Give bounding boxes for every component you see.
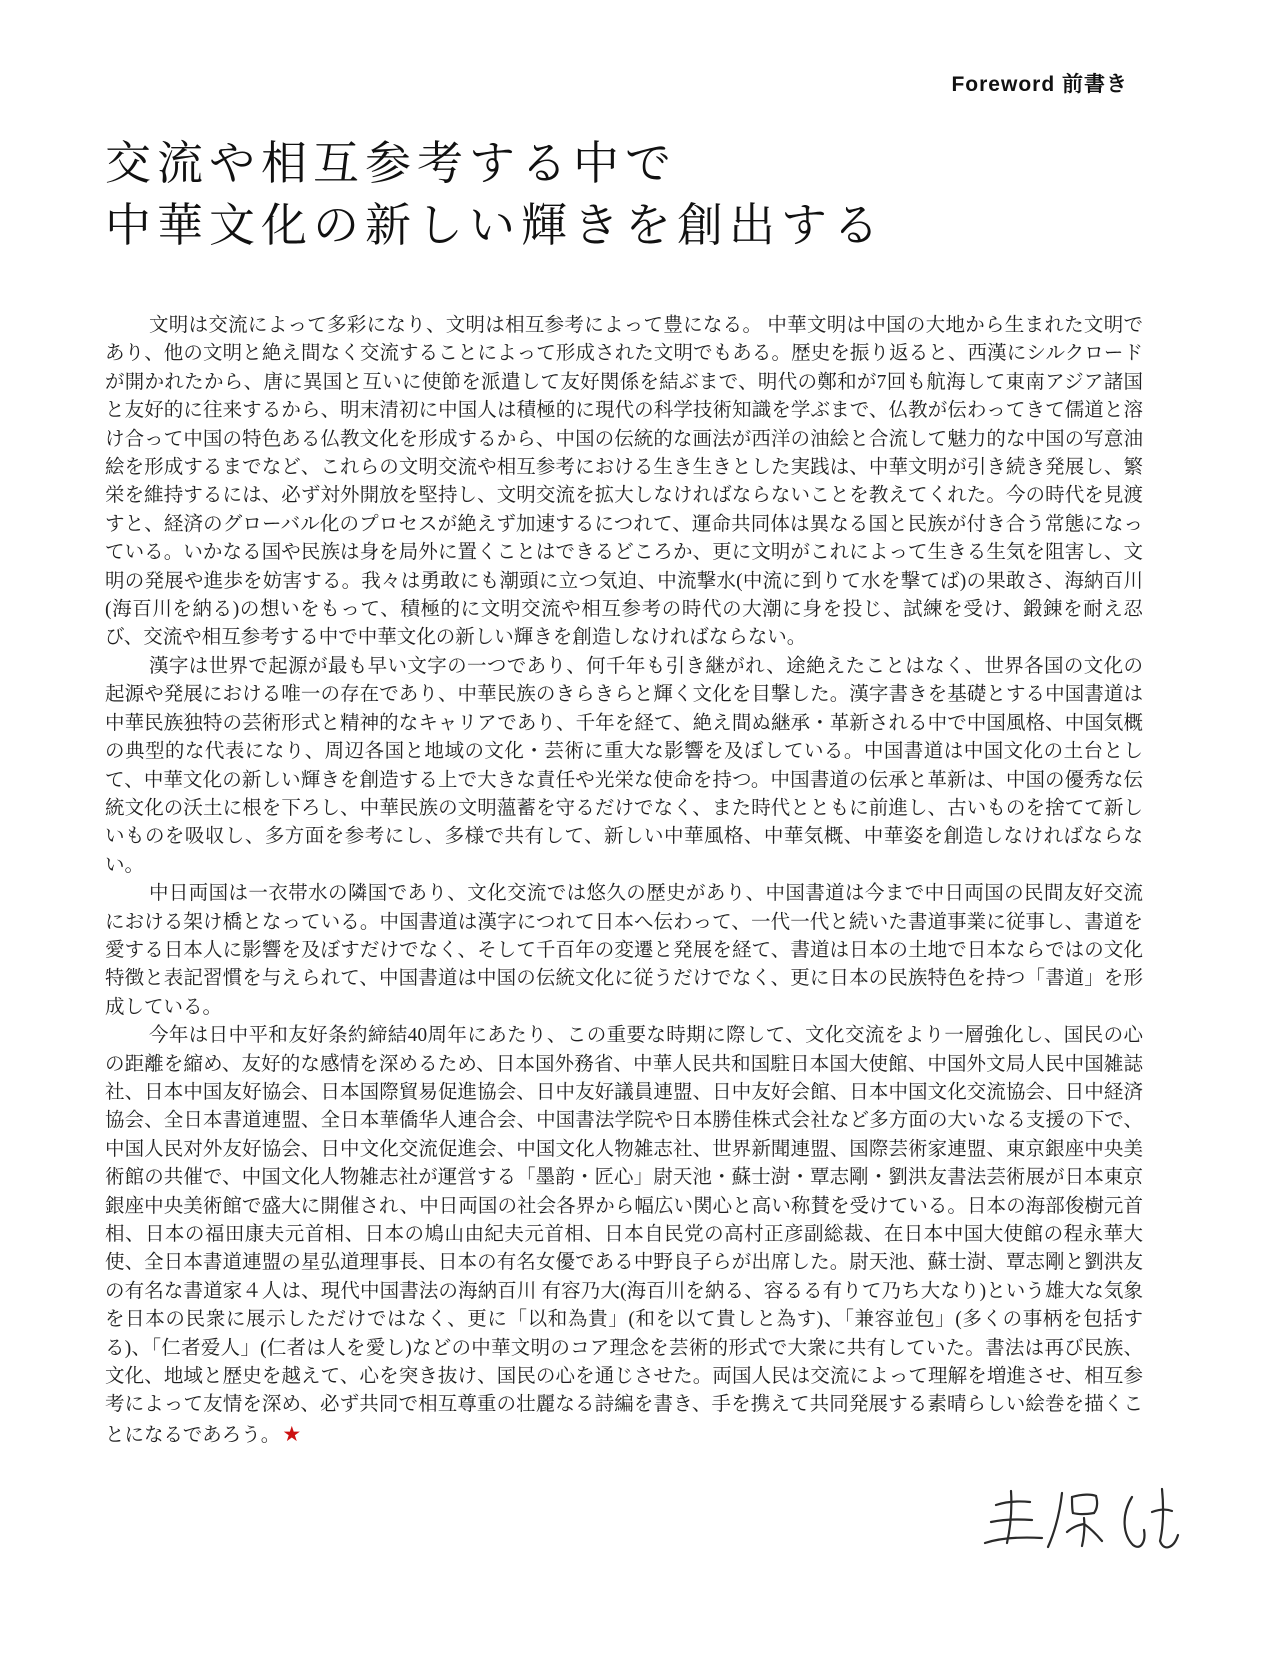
end-star-icon: ★ [280, 1422, 301, 1446]
foreword-body: 文明は交流によって多彩になり、文明は相互参考によって豊になる。 中華文明は中国の… [105, 312, 1143, 1450]
page-title-line-1: 交流や相互参考する中で [105, 133, 885, 195]
paragraph-1: 文明は交流によって多彩になり、文明は相互参考によって豊になる。 中華文明は中国の… [105, 312, 1143, 653]
paragraph-2-text: 漢字は世界で起源が最も早い文字の一つであり、何千年も引き継がれ、途絶えたことはな… [105, 656, 1143, 876]
paragraph-2: 漢字は世界で起源が最も早い文字の一つであり、何千年も引き継がれ、途絶えたことはな… [105, 653, 1143, 880]
paragraph-1-text: 文明は交流によって多彩になり、文明は相互参考によって豊になる。 中華文明は中国の… [105, 315, 1143, 648]
paragraph-4: 今年は日中平和友好条約締結40周年にあたり、この重要な時期に際して、文化交流をよ… [105, 1022, 1143, 1450]
page-title-line-2: 中華文化の新しい輝きを創出する [105, 195, 885, 257]
paragraph-4-text: 今年は日中平和友好条約締結40周年にあたり、この重要な時期に際して、文化交流をよ… [105, 1025, 1143, 1446]
page-title: 交流や相互参考する中で 中華文化の新しい輝きを創出する [105, 133, 885, 257]
handwritten-signature [982, 1475, 1182, 1570]
paragraph-3: 中日両国は一衣帯水の隣国であり、文化交流では悠久の歴史があり、中国書道は今まで中… [105, 880, 1143, 1022]
page-header-label: Foreword 前書き [951, 68, 1128, 98]
foreword-page: Foreword 前書き 交流や相互参考する中で 中華文化の新しい輝きを創出する… [0, 0, 1270, 1654]
paragraph-3-text: 中日両国は一衣帯水の隣国であり、文化交流では悠久の歴史があり、中国書道は今まで中… [105, 883, 1143, 1018]
